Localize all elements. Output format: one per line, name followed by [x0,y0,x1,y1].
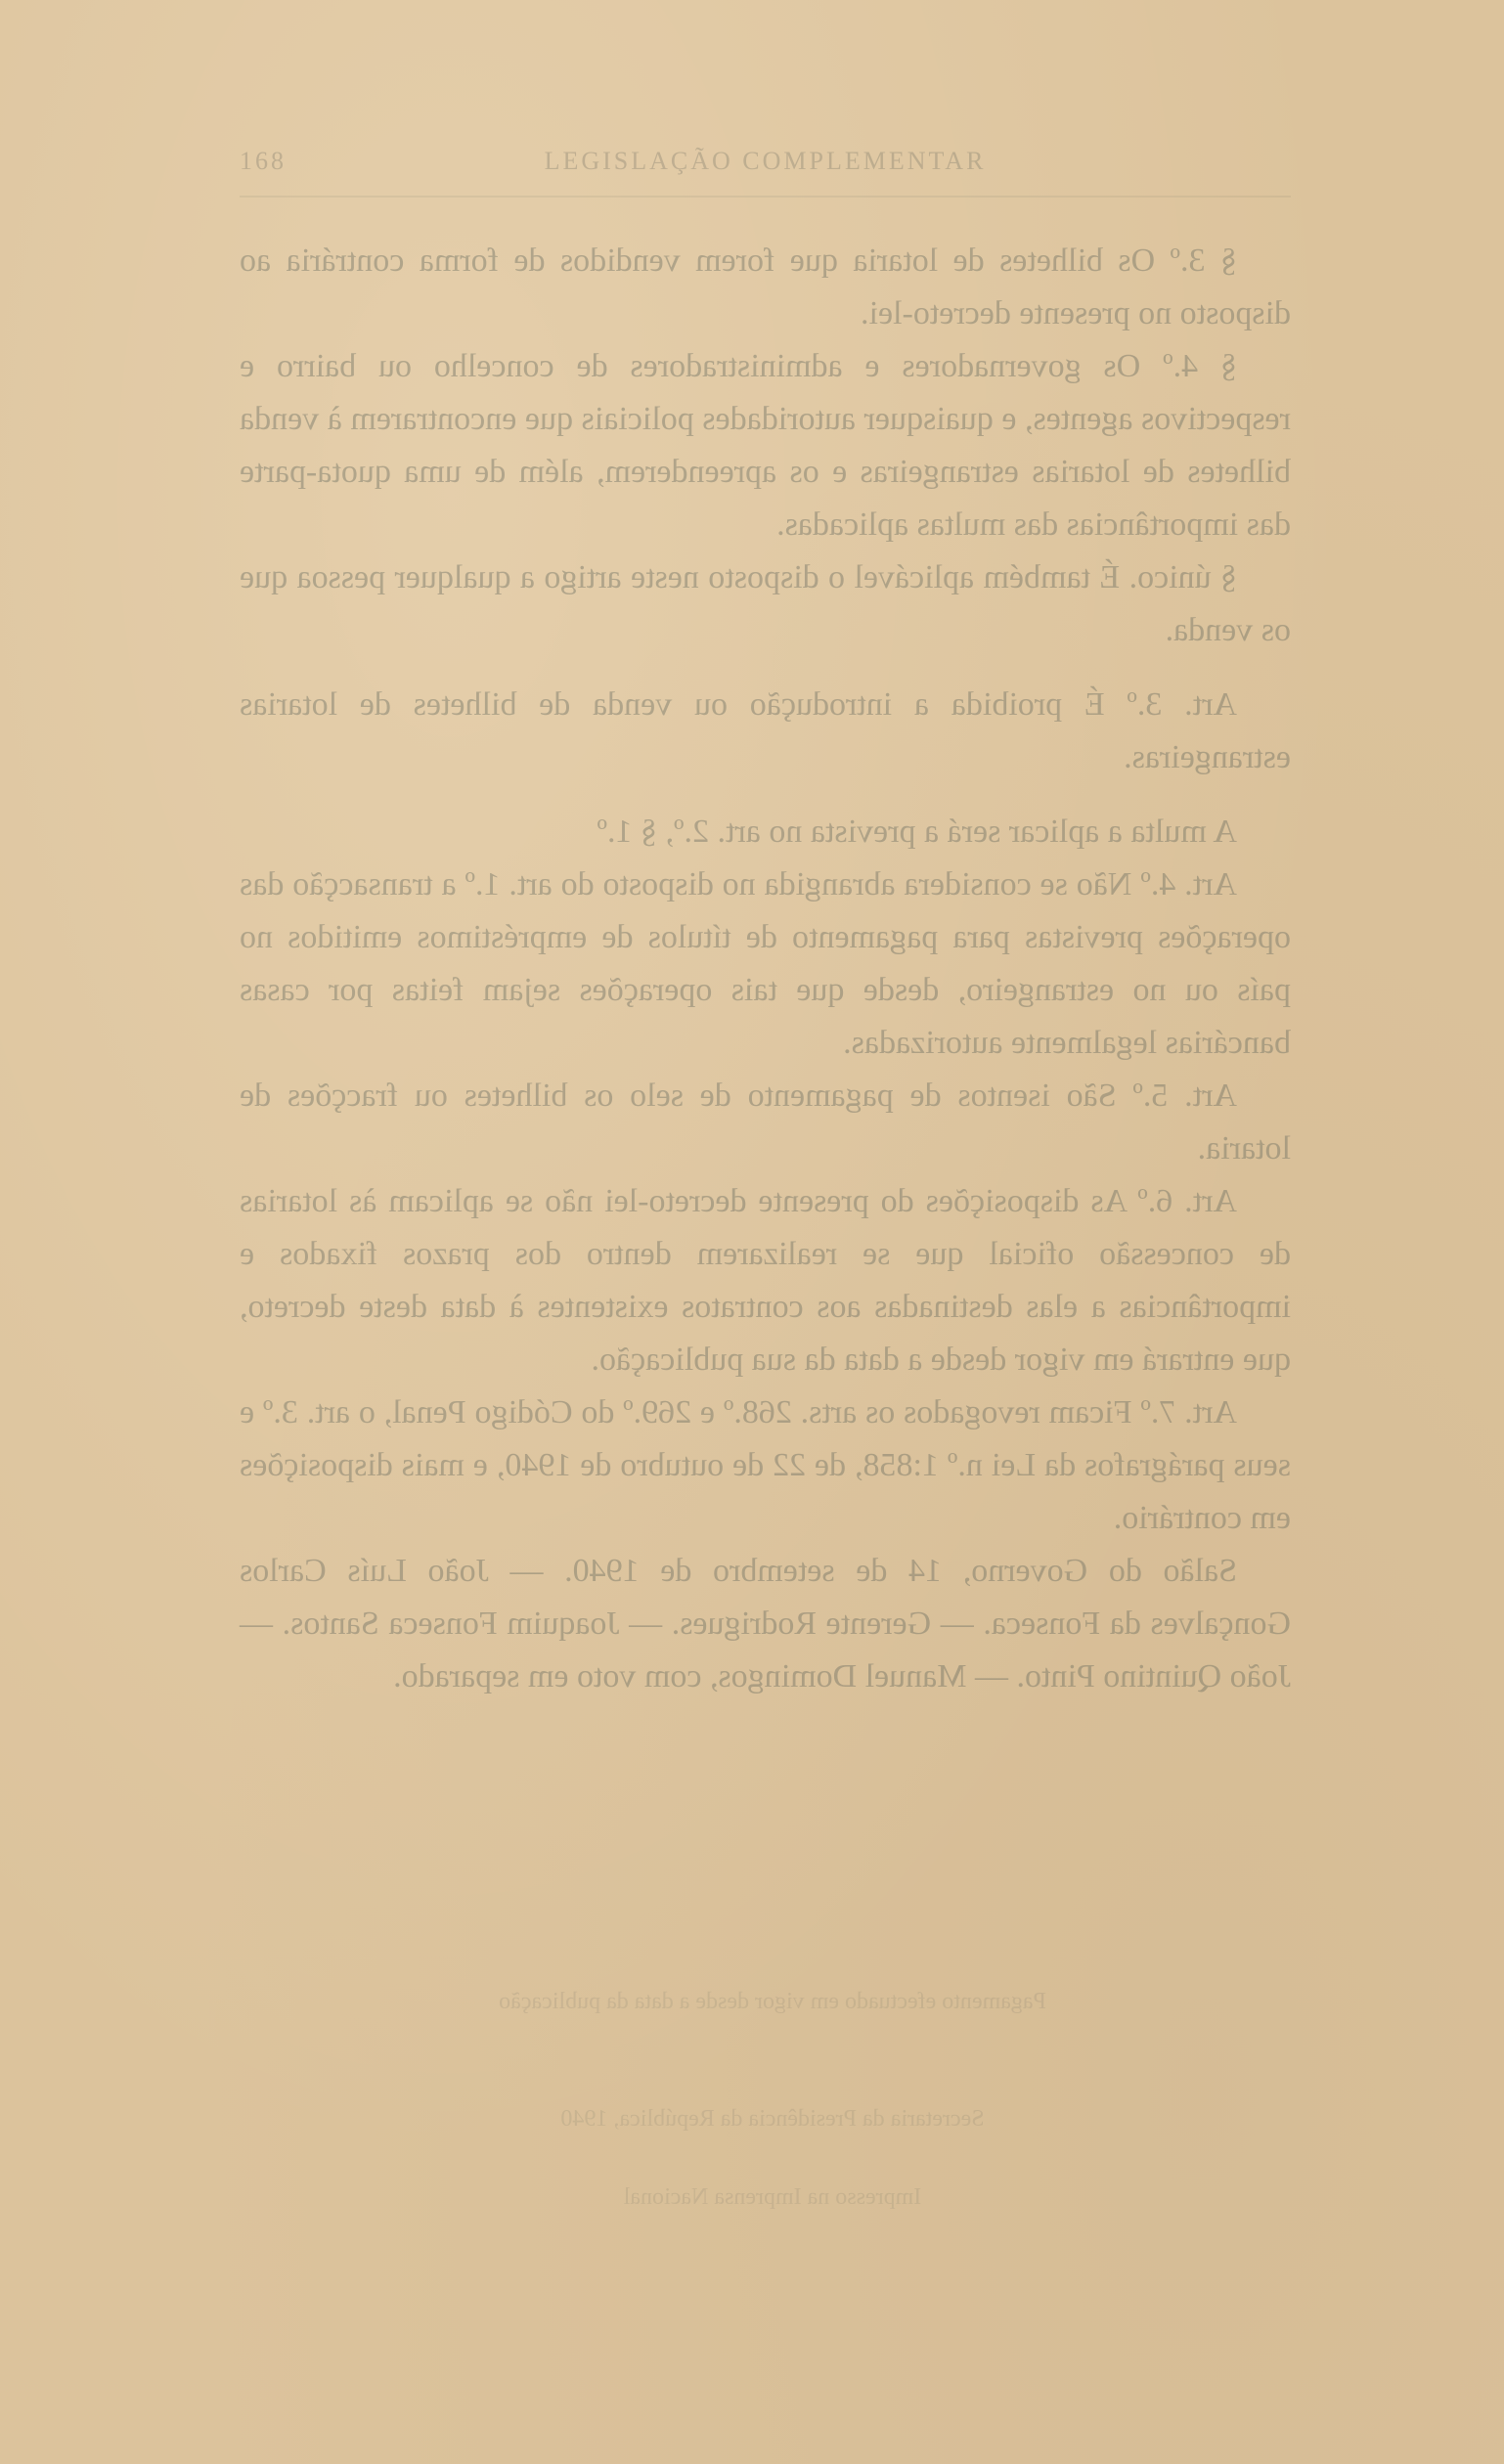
reverse-bleed-line: Pagamento efectuado em vigor desde a dat… [284,1985,1261,2018]
paragraph: Art. 6.º As disposições do presente decr… [240,1175,1291,1386]
body-text: § 3.º Os bilhetes de lotaria que forem v… [240,235,1291,1703]
paragraph: Art. 7.º Ficam revogados os arts. 268.º … [240,1386,1291,1545]
paragraph: A multa a aplicar será a prevista no art… [240,806,1291,858]
page-header: 168 LEGISLAÇÃO COMPLEMENTAR [240,147,1291,186]
header-rule [240,196,1291,198]
running-title: LEGISLAÇÃO COMPLEMENTAR [240,147,1291,176]
paragraph: Salão do Governo, 14 de setembro de 1940… [240,1545,1291,1703]
reverse-bleed-line: Impresso na Imprensa Nacional [284,2180,1261,2214]
paragraph: § 4.º Os governadores e administradores … [240,340,1291,551]
paragraph: § 3.º Os bilhetes de lotaria que forem v… [240,235,1291,340]
reverse-bleed-line: Secretaria da Presidência da República, … [284,2102,1261,2135]
paragraph: Art. 4.º Não se considera abrangida no d… [240,858,1291,1070]
paragraph: § único. É também aplicável o disposto n… [240,551,1291,657]
scanned-page: 168 LEGISLAÇÃO COMPLEMENTAR § 3.º Os bil… [0,0,1504,2464]
paragraph: Art. 5.º São isentos de pagamento de sel… [240,1070,1291,1175]
paragraph: Art. 3.º É proibida a introdução ou vend… [240,679,1291,784]
